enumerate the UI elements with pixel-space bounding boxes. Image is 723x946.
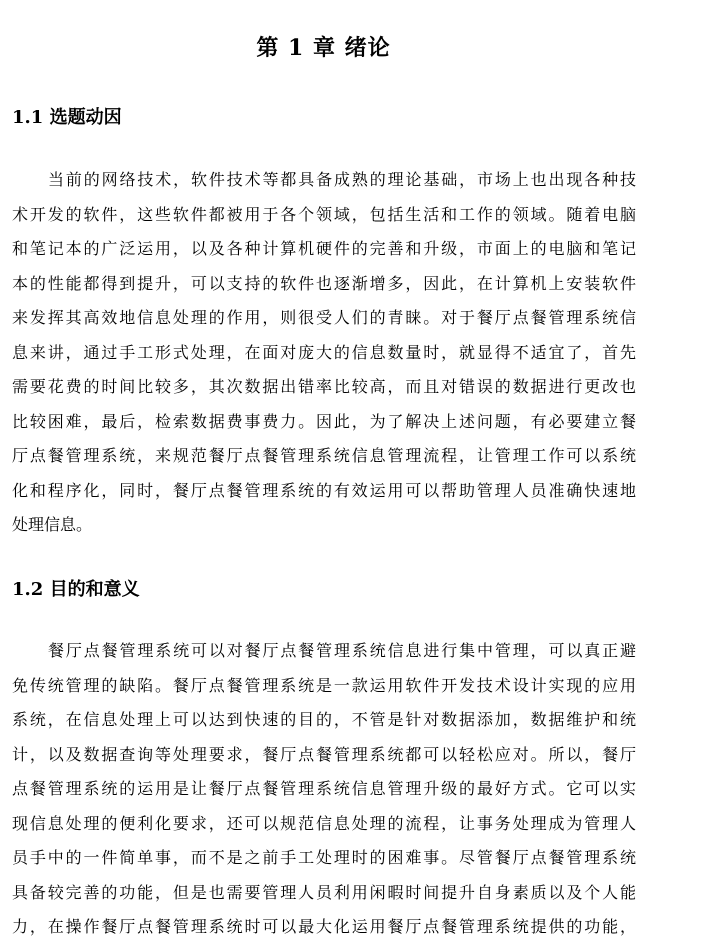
paragraph-line: 比较困难，最后，检索数据费事费力。因此，为了解决上述问题，有必要建立餐 <box>12 405 636 440</box>
paragraph-line: 处理信息。 <box>12 508 636 543</box>
paragraph-line: 具备较完善的功能，但是也需要管理人员利用闲暇时间提升自身素质以及个人能 <box>12 876 636 911</box>
paragraph-line: 需要花费的时间比较多，其次数据出错率比较高，而且对错误的数据进行更改也 <box>12 370 636 405</box>
paragraph-line: 息来讲，通过手工形式处理，在面对庞大的信息数量时，就显得不适宜了，首先 <box>12 336 636 371</box>
paragraph-line: 和笔记本的广泛运用，以及各种计算机硬件的完善和升级，市面上的电脑和笔记 <box>12 232 636 267</box>
paragraph-line: 力，在操作餐厅点餐管理系统时可以最大化运用餐厅点餐管理系统提供的功能， <box>12 910 636 945</box>
paragraph-line: 术开发的软件，这些软件都被用于各个领域，包括生活和工作的领域。随着电脑 <box>12 198 636 233</box>
paragraph-line: 员手中的一件简单事，而不是之前手工处理时的困难事。尽管餐厅点餐管理系统 <box>12 841 636 876</box>
section-heading-1-2: 1.2 目的和意义 <box>12 576 140 604</box>
document-page: 第 1 章 绪论 1.1 选题动因 当前的网络技术，软件技术等都具备成熟的理论基… <box>0 0 723 946</box>
paragraph-line: 本的性能都得到提升，可以支持的软件也逐渐增多，因此，在计算机上安装软件 <box>12 267 636 302</box>
section-1-2-paragraph: 餐厅点餐管理系统可以对餐厅点餐管理系统信息进行集中管理，可以真正避 免传统管理的… <box>12 634 636 945</box>
paragraph-line: 化和程序化，同时，餐厅点餐管理系统的有效运用可以帮助管理人员准确快速地 <box>12 474 636 509</box>
chapter-title: 第 1 章 绪论 <box>0 30 647 66</box>
section-1-1-paragraph: 当前的网络技术，软件技术等都具备成熟的理论基础，市场上也出现各种技 术开发的软件… <box>12 163 636 543</box>
paragraph-line: 餐厅点餐管理系统可以对餐厅点餐管理系统信息进行集中管理，可以真正避 <box>12 634 636 669</box>
paragraph-line: 来发挥其高效地信息处理的作用，则很受人们的青睐。对于餐厅点餐管理系统信 <box>12 301 636 336</box>
paragraph-line: 点餐管理系统的运用是让餐厅点餐管理系统信息管理升级的最好方式。它可以实 <box>12 772 636 807</box>
paragraph-line: 系统，在信息处理上可以达到快速的目的，不管是针对数据添加，数据维护和统 <box>12 703 636 738</box>
paragraph-line: 现信息处理的便利化要求，还可以规范信息处理的流程，让事务处理成为管理人 <box>12 807 636 842</box>
paragraph-line: 计，以及数据查询等处理要求，餐厅点餐管理系统都可以轻松应对。所以，餐厅 <box>12 738 636 773</box>
paragraph-line: 当前的网络技术，软件技术等都具备成熟的理论基础，市场上也出现各种技 <box>12 163 636 198</box>
paragraph-line: 厅点餐管理系统，来规范餐厅点餐管理系统信息管理流程，让管理工作可以系统 <box>12 439 636 474</box>
paragraph-line: 免传统管理的缺陷。餐厅点餐管理系统是一款运用软件开发技术设计实现的应用 <box>12 669 636 704</box>
section-heading-1-1: 1.1 选题动因 <box>12 104 122 132</box>
